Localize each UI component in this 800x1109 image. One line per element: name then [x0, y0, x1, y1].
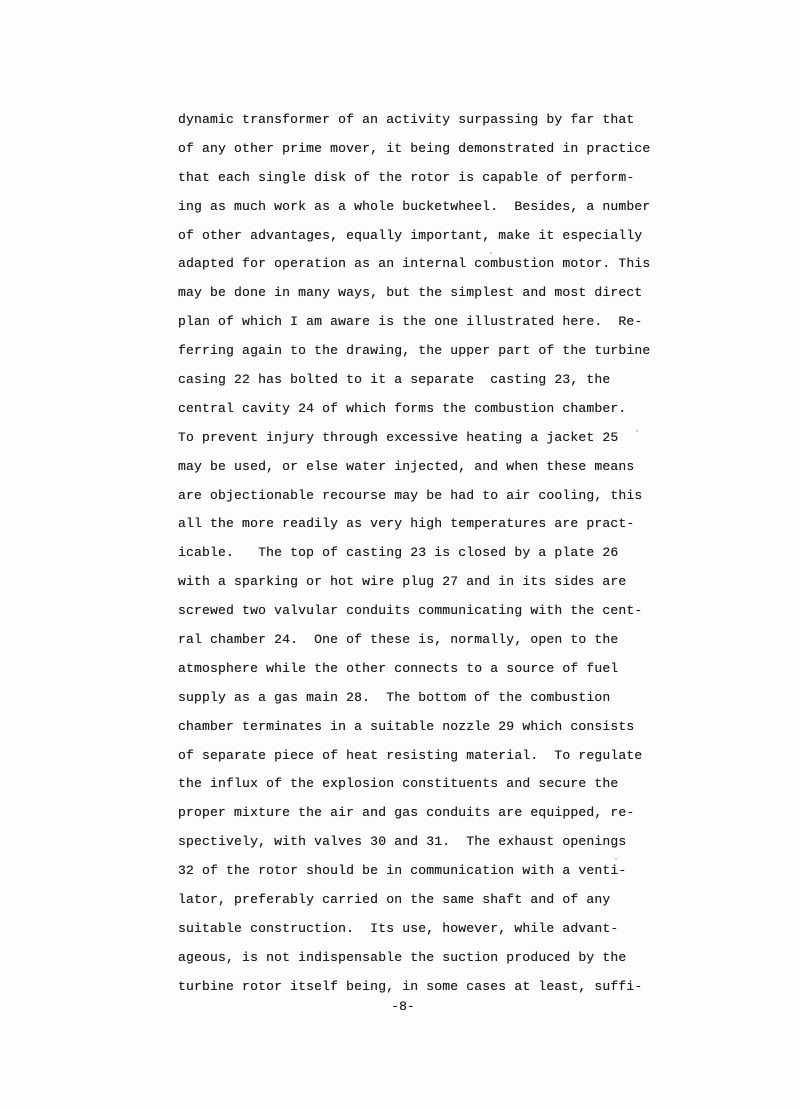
- text-line: of any other prime mover, it being demon…: [178, 135, 658, 164]
- text-line: with a sparking or hot wire plug 27 and …: [178, 568, 658, 597]
- document-page: dynamic transformer of an activity surpa…: [0, 0, 800, 1109]
- text-line: that each single disk of the rotor is ca…: [178, 164, 658, 193]
- text-line: adapted for operation as an internal com…: [178, 250, 658, 279]
- text-line: chamber terminates in a suitable nozzle …: [178, 713, 658, 742]
- page-number: -8-: [0, 999, 800, 1014]
- text-line: of separate piece of heat resisting mate…: [178, 742, 658, 771]
- text-line: lator, preferably carried on the same sh…: [178, 886, 658, 915]
- text-line: plan of which I am aware is the one illu…: [178, 308, 658, 337]
- text-line: atmosphere while the other connects to a…: [178, 655, 658, 684]
- scan-speck: [615, 858, 617, 860]
- text-line: icable. The top of casting 23 is closed …: [178, 539, 658, 568]
- scan-speck: [636, 430, 638, 432]
- text-line: may be used, or else water injected, and…: [178, 453, 658, 482]
- text-line: may be done in many ways, but the simple…: [178, 279, 658, 308]
- text-line: ferring again to the drawing, the upper …: [178, 337, 658, 366]
- text-line: the influx of the explosion constituents…: [178, 770, 658, 799]
- text-line: ageous, is not indispensable the suction…: [178, 944, 658, 973]
- text-line: suitable construction. Its use, however,…: [178, 915, 658, 944]
- text-line: proper mixture the air and gas conduits …: [178, 799, 658, 828]
- text-line: of other advantages, equally important, …: [178, 222, 658, 251]
- text-line: ral chamber 24. One of these is, normall…: [178, 626, 658, 655]
- text-line: screwed two valvular conduits communicat…: [178, 597, 658, 626]
- text-line: all the more readily as very high temper…: [178, 510, 658, 539]
- text-line: central cavity 24 of which forms the com…: [178, 395, 658, 424]
- scan-speck: [490, 252, 492, 254]
- text-line: supply as a gas main 28. The bottom of t…: [178, 684, 658, 713]
- text-line: 32 of the rotor should be in communicati…: [178, 857, 658, 886]
- text-line: are objectionable recourse may be had to…: [178, 482, 658, 511]
- text-line: ing as much work as a whole bucketwheel.…: [178, 193, 658, 222]
- text-line: casing 22 has bolted to it a separate ca…: [178, 366, 658, 395]
- body-text: dynamic transformer of an activity surpa…: [178, 106, 658, 1002]
- text-line: spectively, with valves 30 and 31. The e…: [178, 828, 658, 857]
- text-line: To prevent injury through excessive heat…: [178, 424, 658, 453]
- text-line: turbine rotor itself being, in some case…: [178, 973, 658, 1002]
- text-line: dynamic transformer of an activity surpa…: [178, 106, 658, 135]
